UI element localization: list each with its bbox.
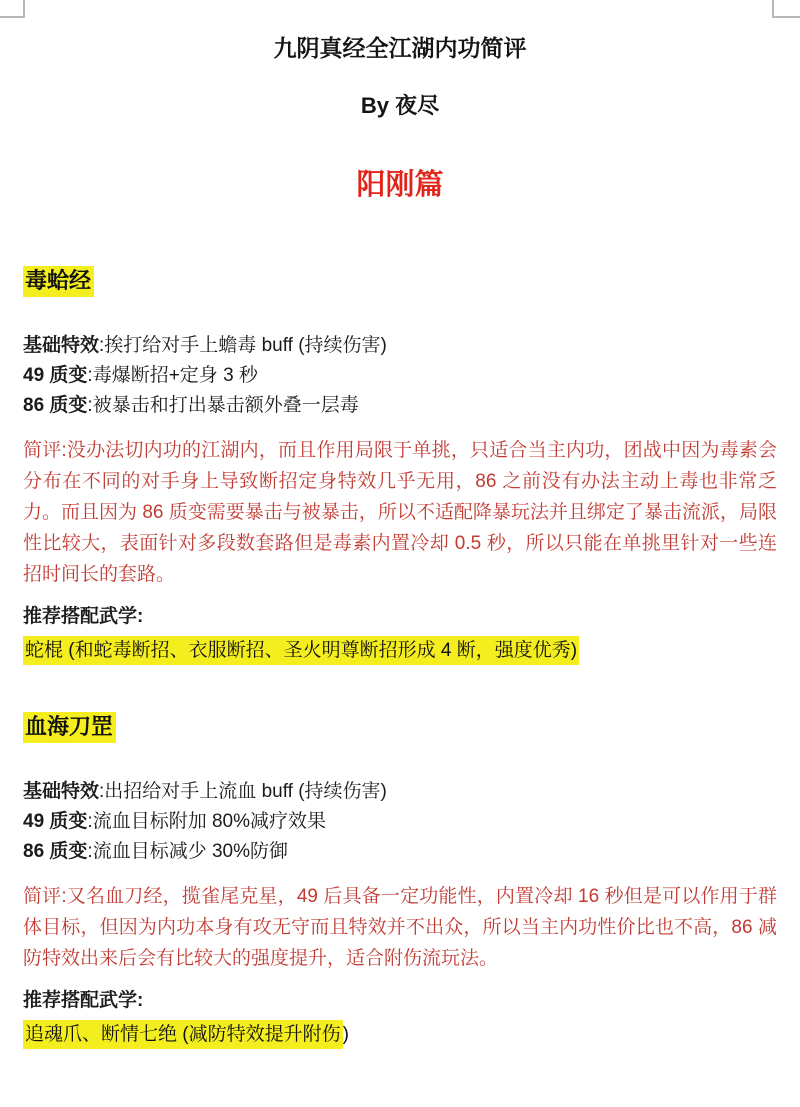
- stat-49-upgrade: 49 质变:流血目标附加 80%减疗效果: [23, 807, 777, 837]
- document-body: 九阴真经全江湖内功简评 By 夜尽 阳刚篇 毒蛤经 基础特效:挨打给对手上蟾毒 …: [0, 34, 800, 1050]
- recommend-line: 追魂爪、断情七绝 (减防特效提升附伤): [23, 1020, 777, 1050]
- page-frame-corner-right: [772, 0, 800, 18]
- stat-value: :流血目标减少 30%防御: [87, 841, 288, 862]
- section-stats: 基础特效:出招给对手上流血 buff (持续伤害) 49 质变:流血目标附加 8…: [23, 777, 777, 867]
- stat-label: 86 质变: [23, 395, 87, 416]
- recommend-suffix: ): [343, 1024, 349, 1045]
- stat-label: 基础特效: [23, 335, 99, 356]
- document-byline: By 夜尽: [23, 92, 777, 120]
- document-title: 九阴真经全江湖内功简评: [23, 34, 777, 62]
- recommend-line: 蛇棍 (和蛇毒断招、衣服断招、圣火明尊断招形成 4 断，强度优秀): [23, 636, 777, 666]
- stat-base-effect: 基础特效:挨打给对手上蟾毒 buff (持续伤害): [23, 331, 777, 361]
- stat-label: 86 质变: [23, 841, 87, 862]
- stat-86-upgrade: 86 质变:流血目标减少 30%防御: [23, 837, 777, 867]
- section-title-highlight: 毒蛤经: [23, 266, 94, 297]
- recommend-highlight: 追魂爪、断情七绝 (减防特效提升附伤: [23, 1020, 343, 1049]
- section-xue-hai-dao-gang: 血海刀罡 基础特效:出招给对手上流血 buff (持续伤害) 49 质变:流血目…: [23, 712, 777, 1050]
- stat-value: :出招给对手上流血 buff (持续伤害): [99, 781, 387, 802]
- stat-base-effect: 基础特效:出招给对手上流血 buff (持续伤害): [23, 777, 777, 807]
- section-du-ha-jing: 毒蛤经 基础特效:挨打给对手上蟾毒 buff (持续伤害) 49 质变:毒爆断招…: [23, 266, 777, 666]
- section-title-highlight: 血海刀罡: [23, 712, 116, 743]
- stat-value: :被暴击和打出暴击额外叠一层毒: [87, 395, 358, 416]
- section-title: 毒蛤经: [23, 266, 777, 297]
- recommend-label: 推荐搭配武学:: [23, 986, 777, 1016]
- chapter-heading: 阳刚篇: [23, 168, 777, 202]
- stat-label: 基础特效: [23, 781, 99, 802]
- page-frame-corner-left: [0, 0, 25, 18]
- stat-49-upgrade: 49 质变:毒爆断招+定身 3 秒: [23, 361, 777, 391]
- section-review: 简评:没办法切内功的江湖内，而且作用局限于单挑，只适合当主内功，团战中因为毒素会…: [23, 435, 777, 590]
- stat-label: 49 质变: [23, 811, 87, 832]
- section-review: 简评:又名血刀经，揽雀尾克星，49 后具备一定功能性，内置冷却 16 秒但是可以…: [23, 881, 777, 974]
- stat-86-upgrade: 86 质变:被暴击和打出暴击额外叠一层毒: [23, 391, 777, 421]
- section-title: 血海刀罡: [23, 712, 777, 743]
- stat-value: :挨打给对手上蟾毒 buff (持续伤害): [99, 335, 387, 356]
- recommend-label: 推荐搭配武学:: [23, 602, 777, 632]
- stat-value: :流血目标附加 80%减疗效果: [87, 811, 326, 832]
- stat-label: 49 质变: [23, 365, 87, 386]
- recommend-highlight: 蛇棍 (和蛇毒断招、衣服断招、圣火明尊断招形成 4 断，强度优秀): [23, 636, 579, 665]
- section-stats: 基础特效:挨打给对手上蟾毒 buff (持续伤害) 49 质变:毒爆断招+定身 …: [23, 331, 777, 421]
- stat-value: :毒爆断招+定身 3 秒: [87, 365, 258, 386]
